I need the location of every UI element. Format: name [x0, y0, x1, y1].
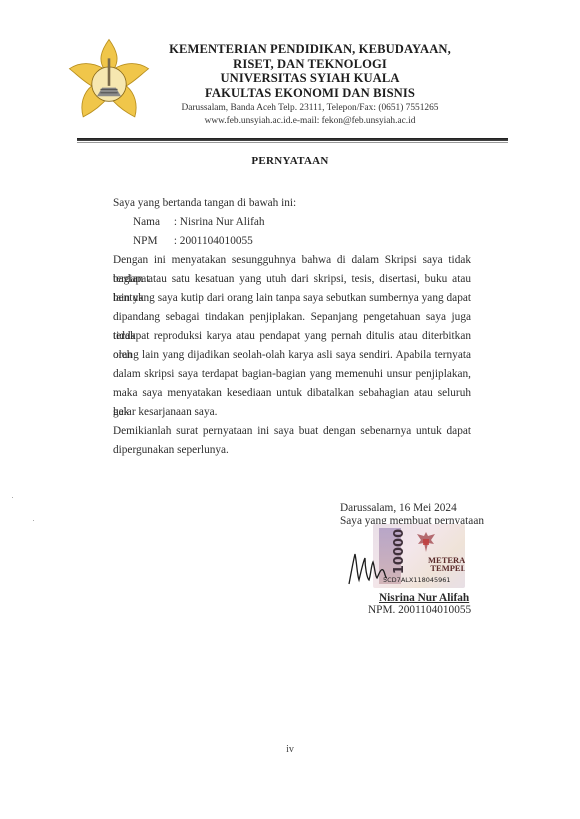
paragraph1-line: bagian atau satu kesatuan yang utuh dari… [113, 270, 471, 289]
document-title: PERNYATAAN [0, 155, 580, 167]
garuda-emblem-icon [415, 530, 437, 556]
paragraph1-line: dipandang sebagai tindakan penjiplakan. … [113, 308, 471, 327]
field-name: Nama : Nisrina Nur Alifah [113, 213, 471, 232]
field-npm-value: : 2001104010055 [174, 232, 253, 251]
letterhead-ministry: KEMENTERIAN PENDIDIKAN, KEBUDAYAAN, [160, 42, 460, 57]
paragraph1-line: orang lain yang dijadikan seolah-olah ka… [113, 346, 471, 365]
paragraph1-line: maka saya menyatakan kesediaan untuk dib… [113, 384, 471, 403]
page-number: iv [0, 744, 580, 755]
paragraph1-line: terdapat reproduksi karya atau pendapat … [113, 327, 471, 346]
letterhead-web-email: www.feb.unsyiah.ac.id.e-mail: fekon@feb.… [160, 115, 460, 128]
letterhead-faculty: FAKULTAS EKONOMI DAN BISNIS [160, 86, 460, 101]
letterhead-divider [77, 138, 508, 141]
stamp-label: METERAI TEMPEL [428, 556, 465, 572]
paragraph1-line: Dengan ini menyatakan sesungguhnya bahwa… [113, 251, 471, 270]
scan-speck [12, 497, 13, 498]
letterhead-divider-thin [77, 142, 508, 143]
intro-text: Saya yang bertanda tangan di bawah ini: [113, 194, 471, 213]
paragraph1-line-last: gelar kesarjanaan saya. [113, 403, 471, 422]
scan-speck [33, 520, 34, 521]
paragraph2-line: Demikianlah surat pernyataan ini saya bu… [113, 422, 471, 441]
field-name-label: Nama [133, 213, 171, 232]
field-npm: NPM : 2001104010055 [113, 232, 471, 251]
paragraph2-line-last: dipergunakan seperlunya. [113, 441, 471, 460]
paragraph1-line: dalam skripsi saya terdapat bagian-bagia… [113, 365, 471, 384]
stamp-label-line2: TEMPEL [428, 564, 465, 572]
signer-npm: NPM. 2001104010055 [368, 604, 471, 616]
field-npm-label: NPM [133, 232, 171, 251]
field-name-value: : Nisrina Nur Alifah [174, 213, 265, 232]
handwritten-signature-icon [345, 548, 395, 588]
statement-body: Saya yang bertanda tangan di bawah ini: … [113, 194, 471, 460]
signer-name: Nisrina Nur Alifah [379, 592, 469, 604]
university-logo-icon [66, 36, 152, 122]
paragraph1-line: lain yang saya kutip dari orang lain tan… [113, 289, 471, 308]
letterhead-ministry-cont: RISET, DAN TEKNOLOGI [160, 57, 460, 72]
letterhead-university: UNIVERSITAS SYIAH KUALA [160, 71, 460, 86]
place-date: Darussalam, 16 Mei 2024 [340, 502, 484, 515]
letterhead-address: Darussalam, Banda Aceh Telp. 23111, Tele… [160, 102, 460, 115]
letterhead: KEMENTERIAN PENDIDIKAN, KEBUDAYAAN, RISE… [160, 42, 460, 128]
